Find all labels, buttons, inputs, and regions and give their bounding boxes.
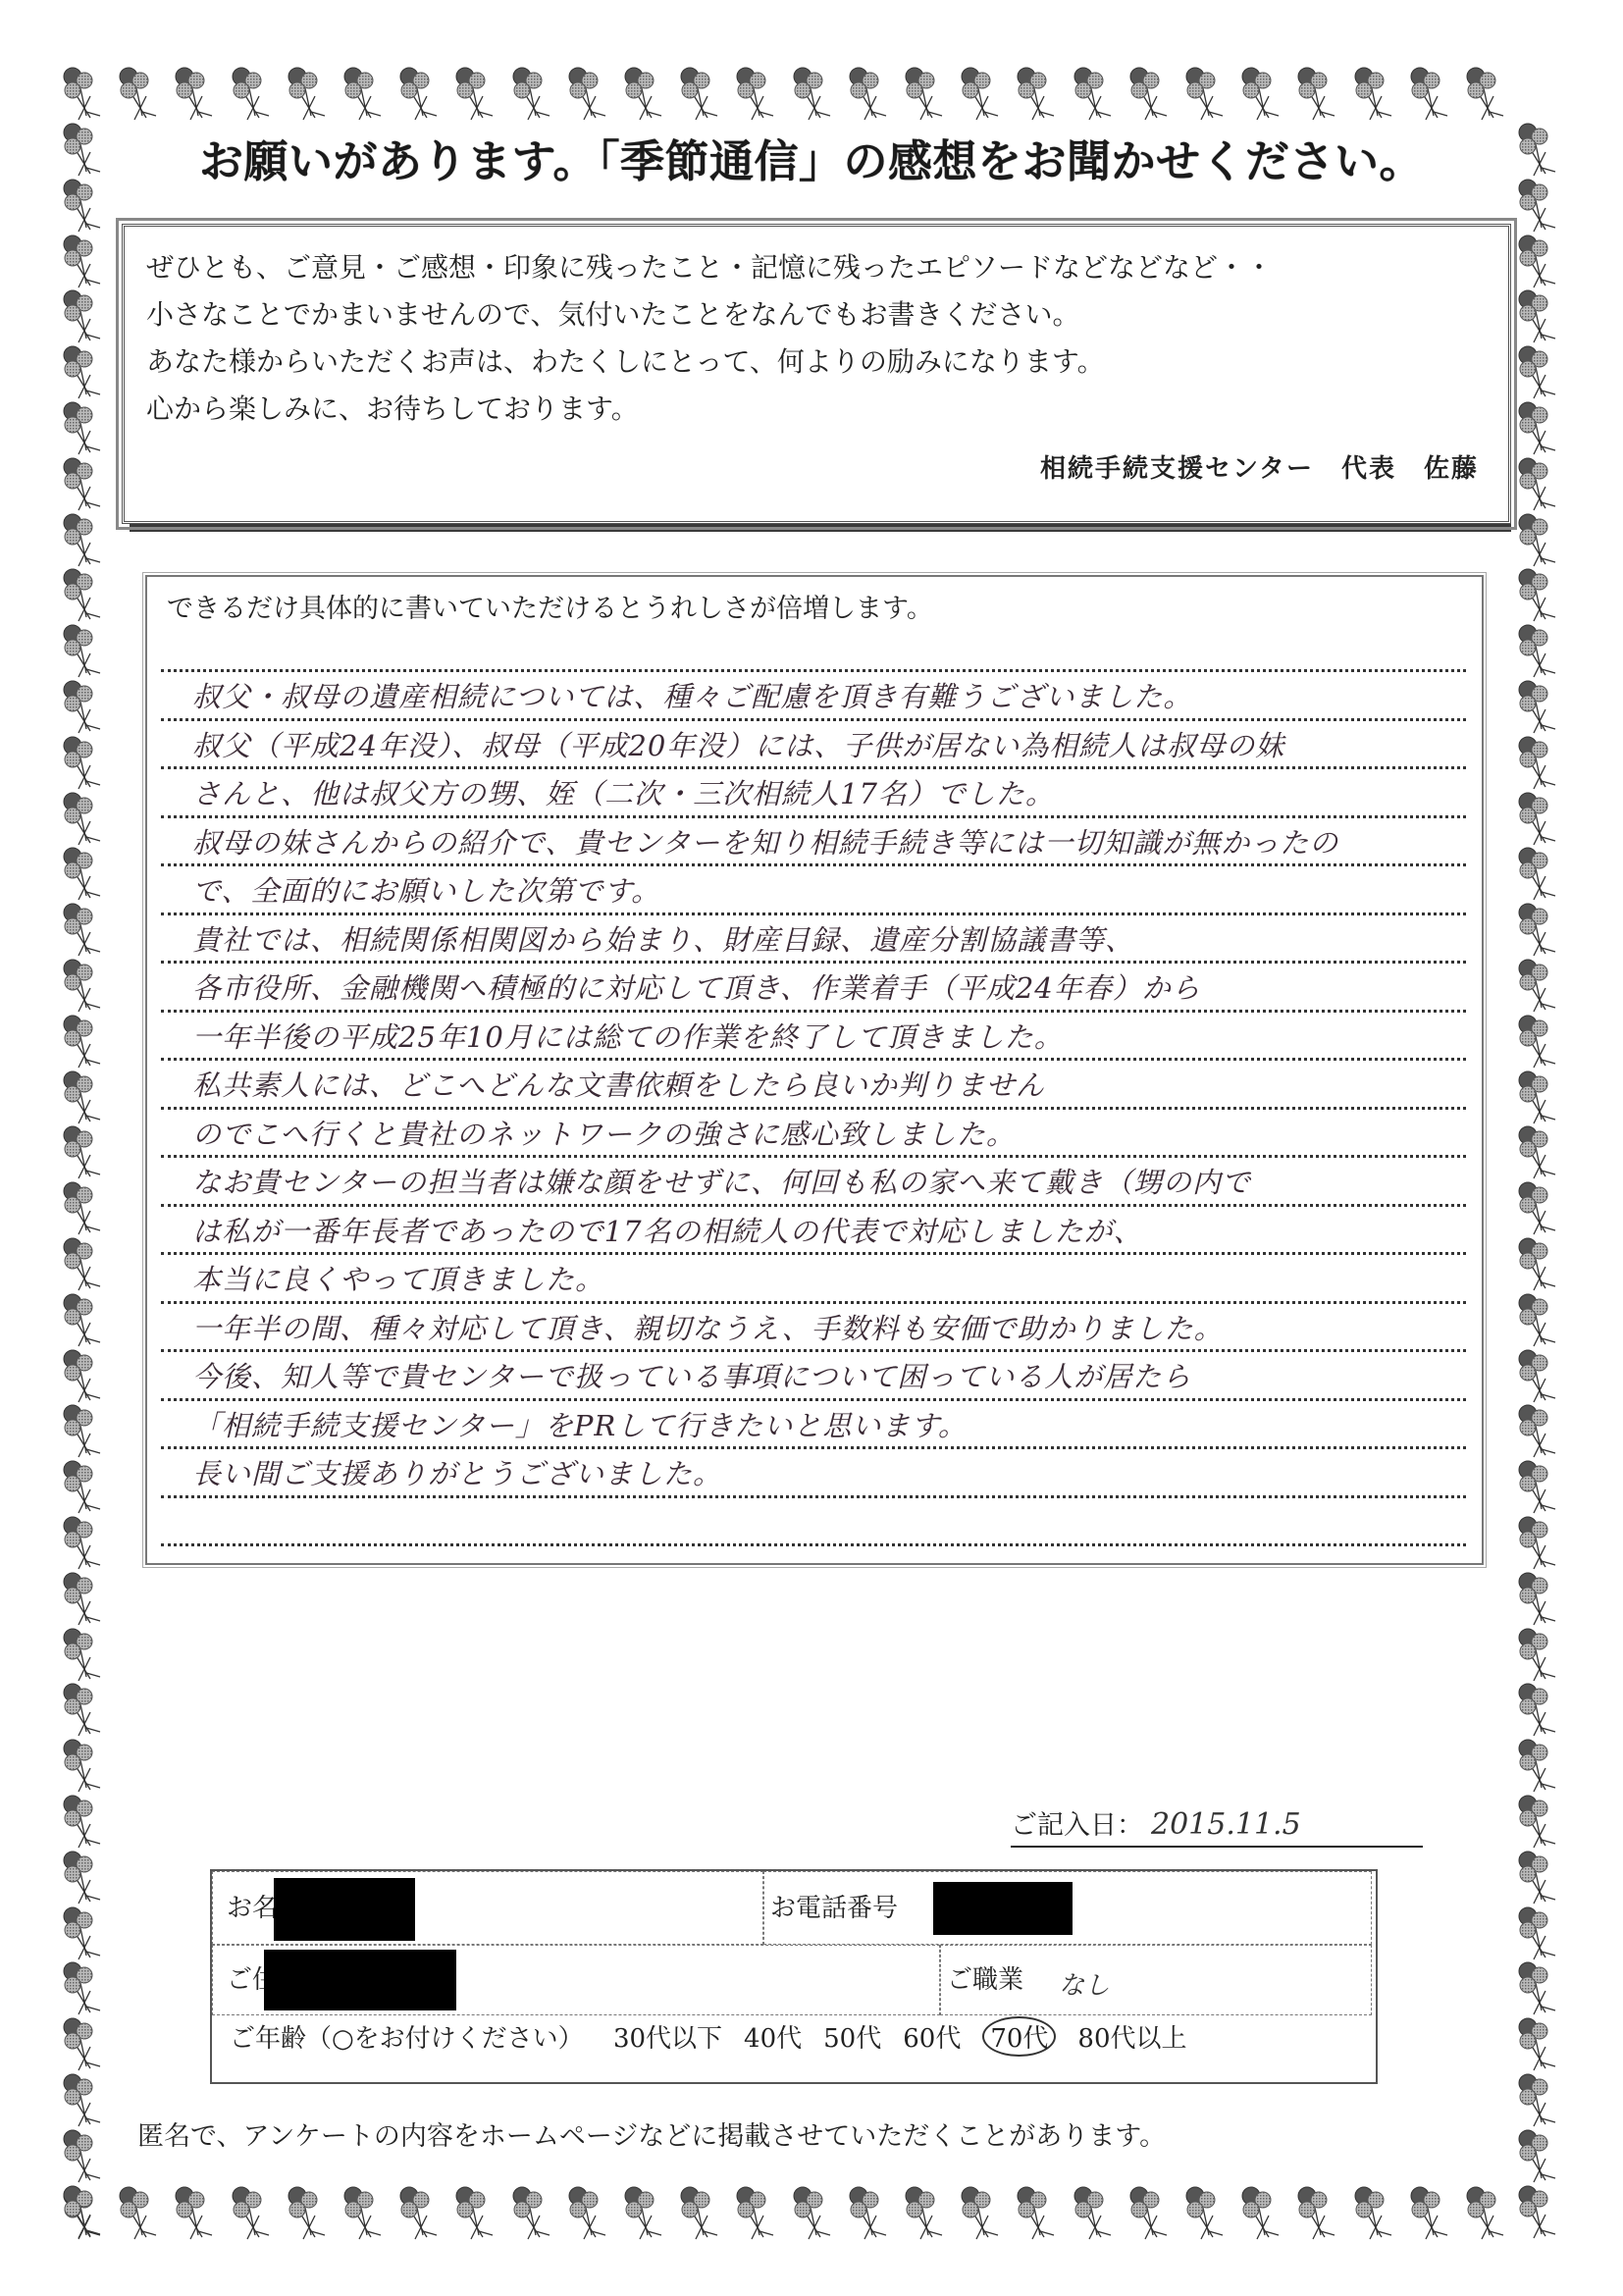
balloon-icon xyxy=(903,2186,950,2243)
balloon-icon xyxy=(1516,1125,1563,1182)
ruled-line xyxy=(161,1155,1466,1158)
balloon-icon xyxy=(734,67,781,124)
handwritten-line: 叔父・叔母の遺産相続については、種々ご配慮を頂き有難うございました。 xyxy=(192,675,1192,715)
balloon-icon xyxy=(1516,1015,1563,1071)
balloon-icon xyxy=(61,1795,108,1852)
ruled-line xyxy=(161,1398,1466,1401)
balloon-icon xyxy=(61,1516,108,1573)
balloon-icon xyxy=(61,1237,108,1294)
balloon-icon xyxy=(1516,736,1563,793)
age-option-selected: 70代 xyxy=(982,2016,1056,2057)
balloon-icon xyxy=(959,67,1006,124)
balloon-icon xyxy=(61,2129,108,2186)
handwritten-line: 「相続手続支援センター」をPRして行きたいと思います。 xyxy=(192,1404,968,1444)
balloon-icon xyxy=(1295,67,1342,124)
comment-box: できるだけ具体的に書いていただけるとうれしさが倍増します。 叔父・叔母の遺産相続… xyxy=(145,575,1484,1565)
balloon-icon xyxy=(61,736,108,793)
balloon-icon xyxy=(1408,67,1455,124)
balloon-icon xyxy=(61,847,108,904)
balloon-icon xyxy=(1516,1795,1563,1852)
balloon-icon xyxy=(1516,2185,1563,2242)
balloon-icon xyxy=(1516,847,1563,904)
signature: 相続手続支援センター 代表 佐藤 xyxy=(1040,448,1479,485)
balloon-icon xyxy=(61,1181,108,1238)
age-option: 50代 xyxy=(823,2024,881,2054)
request-line: ぜひとも、ご意見・ご感想・印象に残ったこと・記憶に残ったエピソードなどなどなど・… xyxy=(146,244,1273,291)
ruled-line xyxy=(161,718,1466,721)
redacted-phone xyxy=(933,1882,1073,1935)
balloon-icon xyxy=(61,903,108,960)
redacted-name xyxy=(274,1878,415,1941)
handwritten-line: 本当に良くやって頂きました。 xyxy=(192,1258,604,1298)
balloon-icon xyxy=(1516,457,1563,514)
comment-prompt: できるだけ具体的に書いていただけるとうれしさが倍増します。 xyxy=(167,587,933,625)
balloon-icon xyxy=(286,67,333,124)
respondent-form: お名前 お電話番号 ご住所 ご職業 なし ご年齢（○をお付けください） 30代以… xyxy=(210,1869,1378,2084)
balloon-icon xyxy=(1516,235,1563,291)
balloon-icon xyxy=(1183,67,1230,124)
balloon-icon xyxy=(397,2186,445,2243)
balloon-icon xyxy=(1464,67,1511,124)
balloon-icon xyxy=(1516,1293,1563,1350)
balloon-icon xyxy=(341,67,389,124)
balloon-icon xyxy=(1516,1516,1563,1573)
balloon-icon xyxy=(1072,2186,1119,2243)
balloon-icon xyxy=(1239,67,1286,124)
balloon-icon xyxy=(1516,1628,1563,1685)
balloon-icon xyxy=(61,568,108,625)
balloon-icon xyxy=(1464,2186,1511,2243)
balloon-icon xyxy=(453,67,500,124)
handwritten-line: 今後、知人等で貴センターで扱っている事項について困っている人が居たら xyxy=(192,1355,1191,1395)
balloon-icon xyxy=(847,67,894,124)
occupation-value: なし xyxy=(1059,1965,1110,2002)
name-cell: お名前 xyxy=(212,1871,763,1945)
balloon-icon xyxy=(1516,624,1563,681)
balloon-icon xyxy=(566,67,613,124)
ruled-line xyxy=(161,1349,1466,1352)
balloon-icon xyxy=(453,2186,500,2243)
phone-cell: お電話番号 xyxy=(763,1871,1372,1945)
balloon-icon xyxy=(1072,67,1119,124)
ruled-line xyxy=(161,1301,1466,1304)
balloon-icon xyxy=(678,67,725,124)
balloon-icon xyxy=(1516,1851,1563,1907)
balloon-icon xyxy=(173,67,220,124)
handwritten-line: 長い間ご支援ありがとうございました。 xyxy=(192,1452,722,1492)
handwritten-line: 叔父（平成24年没）、叔母（平成20年没）には、子供が居ない為相続人は叔母の妹 xyxy=(192,724,1284,764)
balloon-icon xyxy=(61,1906,108,1963)
balloon-icon xyxy=(341,2186,389,2243)
balloon-icon xyxy=(1516,1181,1563,1238)
ruled-line xyxy=(161,815,1466,818)
request-line: あなた様からいただくお声は、わたくしにとって、何よりの励みになります。 xyxy=(146,339,1273,386)
age-label: ご年齢（○をお付けください） xyxy=(230,2024,584,2054)
balloon-icon xyxy=(1516,959,1563,1016)
occupation-cell: ご職業 なし xyxy=(940,1945,1372,2015)
balloon-icon xyxy=(622,2186,669,2243)
balloon-icon xyxy=(1516,1572,1563,1629)
occupation-label: ご職業 xyxy=(947,1959,1023,1996)
balloon-icon xyxy=(1408,2186,1455,2243)
balloon-icon xyxy=(1516,2017,1563,2074)
redacted-address xyxy=(264,1950,456,2010)
balloon-icon xyxy=(1516,345,1563,402)
balloon-icon xyxy=(61,67,108,124)
ruled-line xyxy=(161,1252,1466,1255)
balloon-icon xyxy=(173,2186,220,2243)
balloon-icon xyxy=(1352,2186,1399,2243)
balloon-icon xyxy=(61,235,108,291)
ruled-line xyxy=(161,1495,1466,1498)
balloon-icon xyxy=(61,959,108,1016)
balloon-icon xyxy=(510,67,557,124)
balloon-icon xyxy=(117,2186,164,2243)
ruled-line xyxy=(161,863,1466,866)
balloon-icon xyxy=(1127,67,1175,124)
handwritten-line: 一年半後の平成25年10月には総ての作業を終了して頂きました。 xyxy=(192,1016,1064,1056)
balloon-icon xyxy=(61,1683,108,1740)
balloon-icon xyxy=(61,1293,108,1350)
balloon-icon xyxy=(1516,792,1563,849)
ruled-line xyxy=(161,1010,1466,1013)
request-line: 心から楽しみに、お待ちしております。 xyxy=(146,386,1273,433)
balloon-icon xyxy=(61,1404,108,1461)
balloon-icon xyxy=(230,67,277,124)
handwritten-line: は私が一番年長者であったので17名の相続人の代表で対応しましたが、 xyxy=(192,1210,1143,1250)
handwritten-line: 各市役所、金融機関へ積極的に対応して頂き、作業着手（平成24年春）から xyxy=(192,966,1201,1007)
balloon-icon xyxy=(1516,903,1563,960)
ruled-line xyxy=(161,1446,1466,1449)
ruled-line xyxy=(161,766,1466,769)
balloon-icon xyxy=(61,457,108,514)
balloon-icon xyxy=(61,1572,108,1629)
balloon-icon xyxy=(903,67,950,124)
handwritten-line: さんと、他は叔父方の甥、姪（二次・三次相続人17名）でした。 xyxy=(192,772,1055,812)
entry-date-value: 2015.11.5 xyxy=(1151,1807,1301,1842)
balloon-icon xyxy=(1516,1404,1563,1461)
handwritten-line: で、全面的にお願いした次第です。 xyxy=(192,869,660,910)
ruled-line xyxy=(161,669,1466,672)
balloon-icon xyxy=(1516,289,1563,346)
balloon-icon xyxy=(230,2186,277,2243)
ruled-line xyxy=(161,1107,1466,1110)
ruled-line xyxy=(161,1543,1466,1546)
balloon-icon xyxy=(1516,513,1563,570)
balloon-icon xyxy=(566,2186,613,2243)
ruled-line xyxy=(161,913,1466,915)
balloon-icon xyxy=(61,1739,108,1796)
balloon-icon xyxy=(61,401,108,458)
balloon-icon xyxy=(1015,2186,1062,2243)
balloon-icon xyxy=(791,2186,838,2243)
balloon-icon xyxy=(61,1125,108,1182)
balloon-icon xyxy=(1516,1739,1563,1796)
balloon-icon xyxy=(1516,401,1563,458)
balloon-icon xyxy=(1516,1237,1563,1294)
balloon-icon xyxy=(1127,2186,1175,2243)
balloon-icon xyxy=(1516,1906,1563,1963)
balloon-icon xyxy=(1516,1070,1563,1127)
age-option: 60代 xyxy=(903,2024,961,2054)
phone-label: お電話番号 xyxy=(770,1888,898,1924)
balloon-icon xyxy=(1516,1961,1563,2018)
balloon-icon xyxy=(1516,680,1563,737)
handwritten-line: 叔母の妹さんからの紹介で、貴センターを知り相続手続き等には一切知識が無かったの xyxy=(192,821,1338,861)
balloon-icon xyxy=(791,67,838,124)
balloon-icon xyxy=(1516,2073,1563,2130)
balloon-icon xyxy=(1183,2186,1230,2243)
entry-date-label: ご記入日： xyxy=(1011,1810,1143,1841)
balloon-icon xyxy=(1516,2129,1563,2186)
balloon-icon xyxy=(1015,67,1062,124)
balloon-icon xyxy=(61,1961,108,2018)
balloon-icon xyxy=(510,2186,557,2243)
balloon-icon xyxy=(622,67,669,124)
balloon-icon xyxy=(286,2186,333,2243)
balloon-icon xyxy=(734,2186,781,2243)
balloon-icon xyxy=(117,67,164,124)
footer-note: 匿名で、アンケートの内容をホームページなどに掲載させていただくことがあります。 xyxy=(137,2114,1166,2153)
balloon-icon xyxy=(61,1460,108,1517)
age-option: 80代以上 xyxy=(1077,2024,1186,2054)
balloon-icon xyxy=(1516,1460,1563,1517)
balloon-icon xyxy=(1352,67,1399,124)
balloon-icon xyxy=(397,67,445,124)
balloon-icon xyxy=(61,345,108,402)
balloon-icon xyxy=(1239,2186,1286,2243)
balloon-icon xyxy=(847,2186,894,2243)
balloon-icon xyxy=(61,624,108,681)
balloon-icon xyxy=(959,2186,1006,2243)
handwritten-line: 一年半の間、種々対応して頂き、親切なうえ、手数料も安価で助かりました。 xyxy=(192,1307,1224,1347)
balloon-icon xyxy=(61,2185,108,2242)
balloon-icon xyxy=(61,680,108,737)
balloon-icon xyxy=(61,2073,108,2130)
request-message-box: ぜひとも、ご意見・ご感想・印象に残ったこと・記憶に残ったエピソードなどなどなど・… xyxy=(122,224,1511,524)
balloon-icon xyxy=(1516,1683,1563,1740)
balloon-icon xyxy=(61,1628,108,1685)
balloon-icon xyxy=(1516,1349,1563,1406)
handwritten-line: 貴社では、相続関係相関図から始まり、財産目録、遺産分割協議書等、 xyxy=(192,918,1134,959)
entry-date: ご記入日：2015.11.5 xyxy=(1011,1803,1423,1848)
balloon-icon xyxy=(61,1349,108,1406)
address-cell: ご住所 xyxy=(212,1945,940,2015)
balloon-icon xyxy=(61,513,108,570)
ruled-line xyxy=(161,1204,1466,1207)
ruled-line xyxy=(161,1058,1466,1061)
ruled-line xyxy=(161,961,1466,964)
age-option: 40代 xyxy=(744,2024,802,2054)
page-title: お願いがあります。「季節通信」の感想をお聞かせください。 xyxy=(0,126,1623,189)
age-option: 30代以下 xyxy=(613,2024,722,2054)
balloon-icon xyxy=(678,2186,725,2243)
request-line: 小さなことでかまいませんので、気付いたことをなんでもお書きください。 xyxy=(146,291,1273,339)
balloon-icon xyxy=(61,1070,108,1127)
balloon-icon xyxy=(1295,2186,1342,2243)
balloon-icon xyxy=(61,1015,108,1071)
balloon-icon xyxy=(61,792,108,849)
balloon-icon xyxy=(1516,568,1563,625)
handwritten-line: 私共素人には、どこへどんな文書依頼をしたら良いか判りません xyxy=(192,1064,1045,1104)
balloon-icon xyxy=(61,2017,108,2074)
balloon-icon xyxy=(61,1851,108,1907)
balloon-icon xyxy=(61,289,108,346)
handwritten-line: なお貴センターの担当者は嫌な顔をせずに、何回も私の家へ来て戴き（甥の内で xyxy=(192,1161,1251,1201)
age-row: ご年齢（○をお付けください） 30代以下40代50代60代70代80代以上 xyxy=(230,2016,1230,2057)
handwritten-line: のでこへ行くと貴社のネットワークの強さに感心致しました。 xyxy=(192,1113,1016,1153)
request-message-text: ぜひとも、ご意見・ご感想・印象に残ったこと・記憶に残ったエピソードなどなどなど・… xyxy=(146,244,1273,433)
